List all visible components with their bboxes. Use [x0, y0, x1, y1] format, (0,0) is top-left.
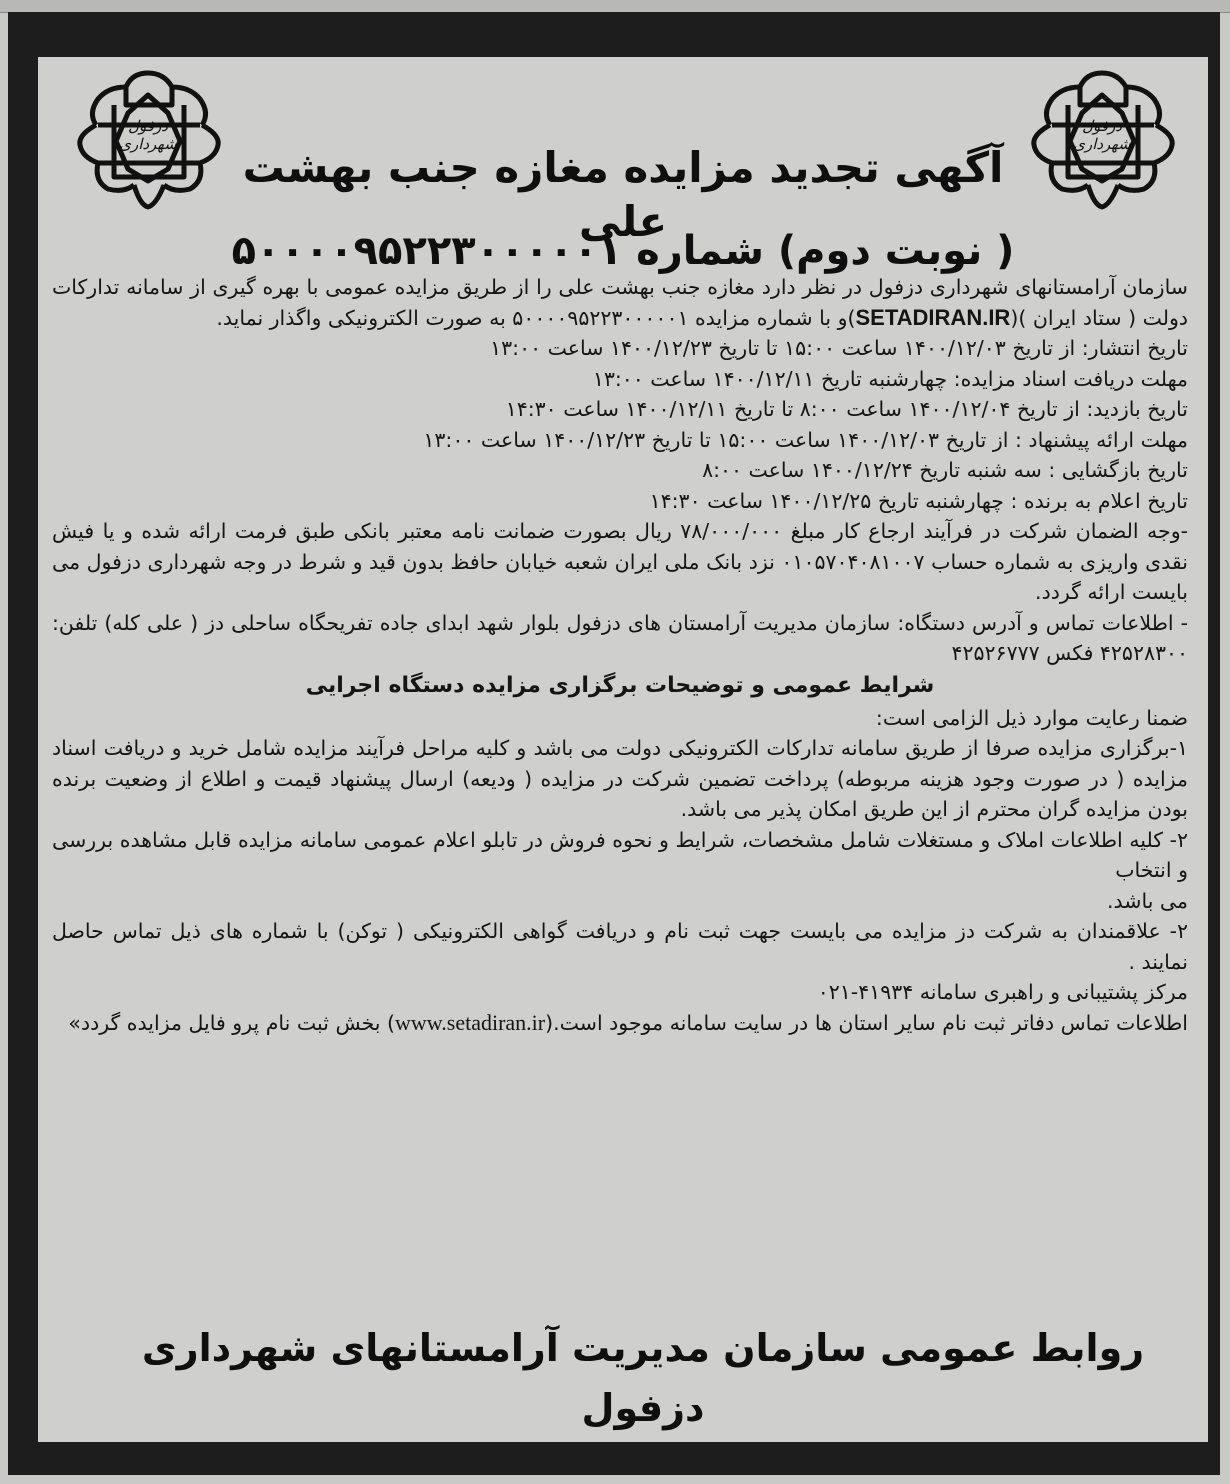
schedule-item-publish: تاریخ انتشار: از تاریخ ۱۴۰۰/۱۲/۰۳ ساعت ۱…: [52, 333, 1188, 364]
intro-paragraph: سازمان آرامستانهای شهرداری دزفول در نظر …: [52, 272, 1188, 333]
registration-text-part2: ) بخش ثبت نام پرو فایل مزایده گردد»: [68, 1011, 395, 1035]
guarantee-paragraph: -وجه الضمان شرکت در فرآیند ارجاع کار مبل…: [52, 516, 1188, 608]
logo-calligraphy: دزفول شهرداری: [68, 117, 228, 153]
setadiran-site-label: SETADIRAN.IR: [856, 305, 1011, 330]
condition-item: می باشد.: [52, 886, 1188, 917]
schedule-item-documents-deadline: مهلت دریافت اسناد مزایده: چهارشنبه تاریخ…: [52, 364, 1188, 395]
municipality-logo-icon: دزفول شهرداری: [68, 65, 228, 215]
registration-paragraph: اطلاعات تماس دفاتر ثبت نام سایر استان ها…: [52, 1008, 1188, 1039]
frame-corner-notch: [8, 12, 36, 44]
logo-calligraphy: دزفول شهرداری: [1022, 117, 1182, 153]
contact-paragraph: - اطلاعات تماس و آدرس دستگاه: سازمان مدی…: [52, 608, 1188, 669]
condition-item: ۲- کلیه اطلاعات املاک و مستغلات شامل مشخ…: [52, 825, 1188, 886]
footer-signature: روابط عمومی سازمان مدیریت آرامستانهای شه…: [138, 1318, 1148, 1438]
conditions-intro: ضمنا رعایت موارد ذیل الزامی است:: [52, 703, 1188, 734]
notice-body: سازمان آرامستانهای شهرداری دزفول در نظر …: [52, 272, 1188, 1038]
intro-text-part2: )و با شماره مزایده ۵۰۰۰۰۹۵۲۲۳۰۰۰۰۰۱ به ص…: [216, 306, 855, 330]
ad-frame: دزفول شهرداری: [8, 12, 1220, 1475]
notice-subtitle: ( نوبت دوم) شماره ۵۰۰۰۰۹۵۲۲۳۰۰۰۰۰۱: [228, 225, 1018, 277]
setadiran-url-link[interactable]: www.setadiran.ir: [395, 1010, 545, 1035]
logo-text-municipality: شهرداری: [68, 135, 228, 153]
frame-corner-notch: [1192, 12, 1220, 44]
support-center-line: مرکز پشتیبانی و راهبری سامانه ۴۱۹۳۴-۰۲۱: [52, 977, 1188, 1008]
schedule-item-opening: تاریخ بازگشایی : سه شنبه تاریخ ۱۴۰۰/۱۲/۲…: [52, 455, 1188, 486]
logo-text-city: دزفول: [68, 117, 228, 135]
schedule-item-visit: تاریخ بازدید: از تاریخ ۱۴۰۰/۱۲/۰۴ ساعت ۸…: [52, 394, 1188, 425]
logo-text-municipality: شهرداری: [1022, 135, 1182, 153]
condition-item: ۲- علاقمندان به شرکت دز مزایده می بایست …: [52, 916, 1188, 977]
conditions-heading: شرایط عمومی و توضیحات برگزاری مزایده دست…: [52, 669, 1188, 703]
ad-paper: دزفول شهرداری: [38, 57, 1208, 1442]
frame-corner-notch: [8, 1445, 38, 1475]
condition-item: ۱-برگزاری مزایده صرفا از طریق سامانه تدا…: [52, 733, 1188, 825]
schedule-item-winner-announcement: تاریخ اعلام به برنده : چهارشنبه تاریخ ۱۴…: [52, 486, 1188, 517]
municipality-logo-icon: دزفول شهرداری: [1022, 65, 1182, 215]
frame-corner-notch: [1175, 1445, 1220, 1475]
registration-text-part1: اطلاعات تماس دفاتر ثبت نام سایر استان ها…: [545, 1011, 1188, 1035]
logo-text-city: دزفول: [1022, 117, 1182, 135]
schedule-item-bid-deadline: مهلت ارائه پیشنهاد : از تاریخ ۱۴۰۰/۱۲/۰۳…: [52, 425, 1188, 456]
